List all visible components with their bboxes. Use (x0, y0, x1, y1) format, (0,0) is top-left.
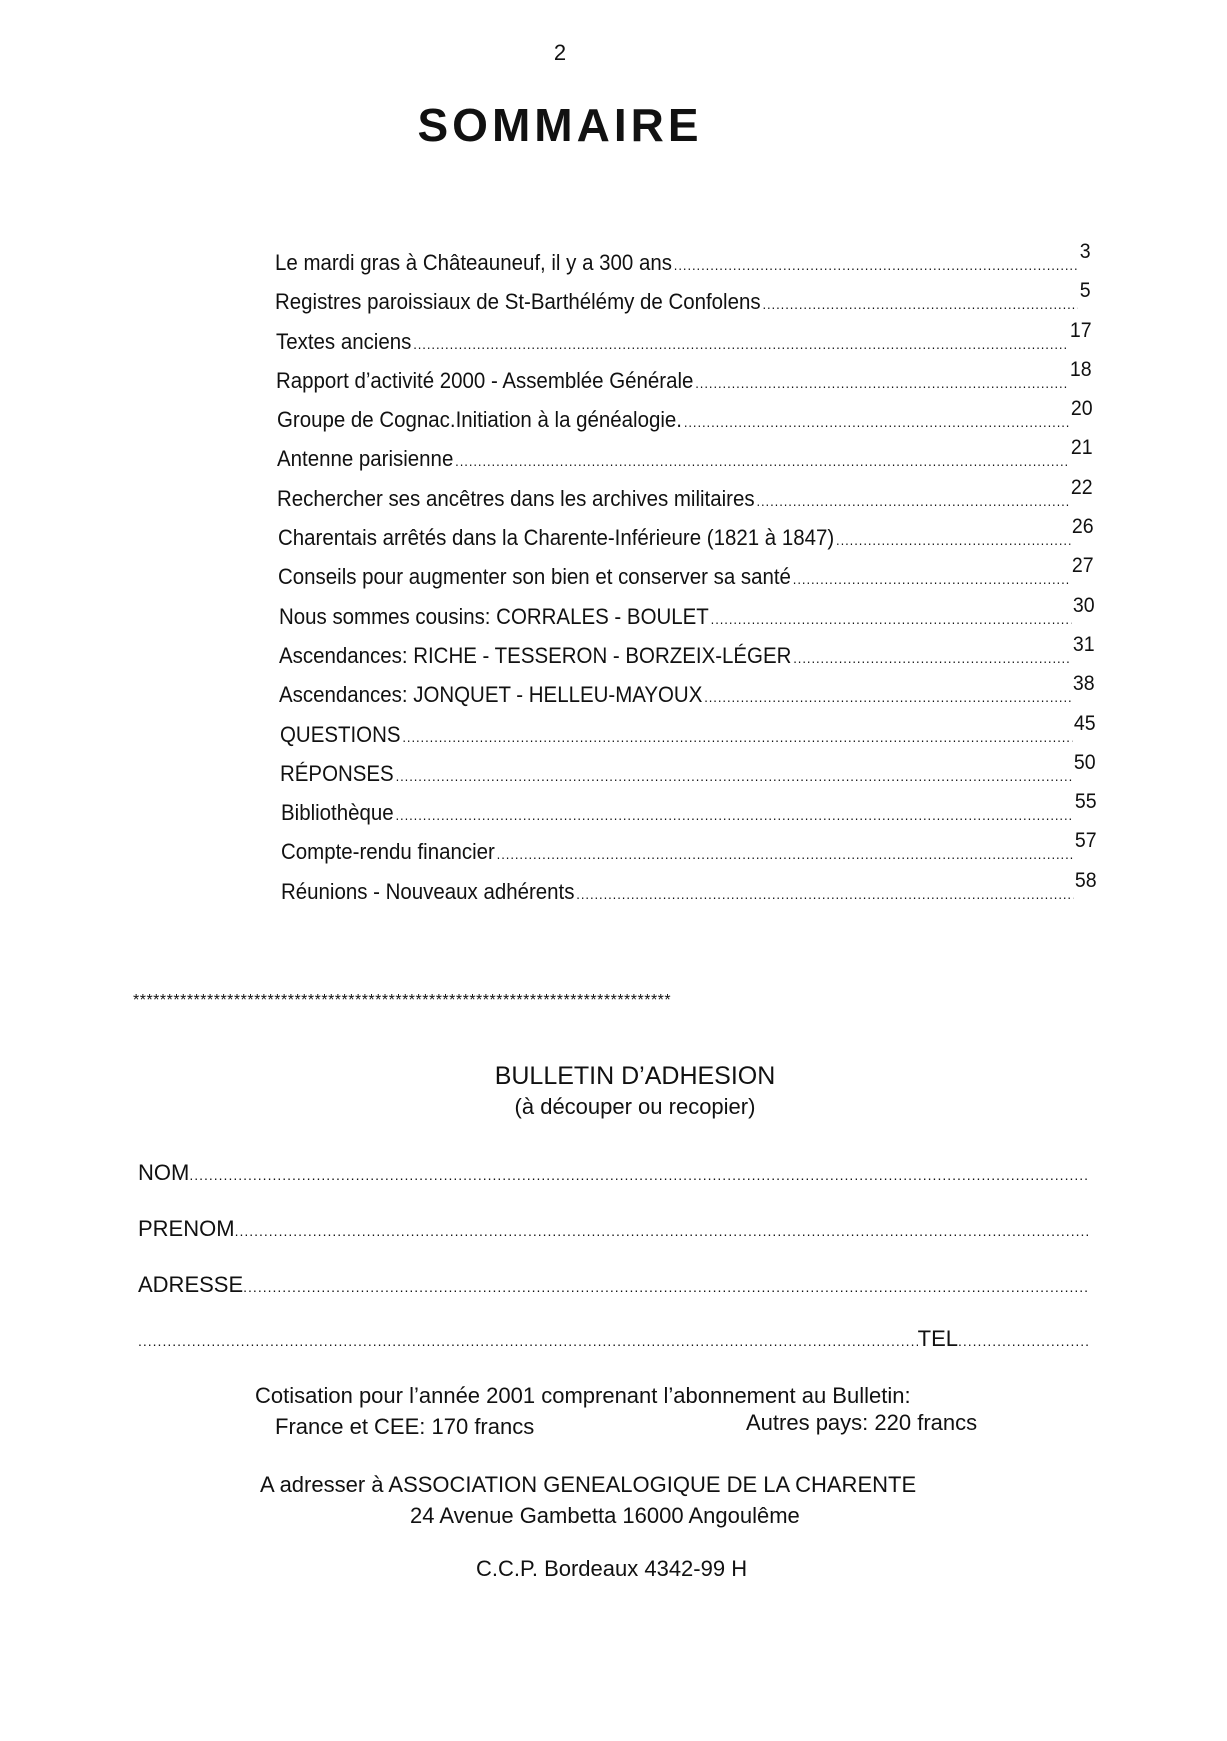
bulletin-title: BULLETIN D’ADHESION (0, 1062, 1227, 1091)
toc-entry-page: 3 (1080, 240, 1091, 264)
nom-label: NOM (138, 1160, 189, 1186)
page-number: 2 (0, 40, 1120, 66)
toc-leader-dots (710, 611, 1070, 627)
toc-entry-title: Registres paroissiaux de St-Barthélémy d… (275, 289, 761, 315)
cotisation-text: Cotisation pour l’année 2001 comprenant … (255, 1383, 911, 1409)
toc-leader-dots (757, 493, 1070, 509)
toc-leader-dots (793, 571, 1070, 587)
price-other-countries: Autres pays: 220 francs (746, 1410, 977, 1436)
toc-entry: Ascendances: JONQUET - HELLEU-MAYOUX38 (279, 682, 1095, 721)
toc-leader-dots (396, 768, 1072, 784)
tel-field[interactable]: TEL (138, 1326, 1088, 1352)
toc-leader-dots (683, 414, 1068, 430)
tel-label: TEL (918, 1326, 958, 1352)
toc-leader-dots (836, 532, 1070, 548)
toc-leader-dots (793, 650, 1071, 666)
toc-entry-page: 31 (1073, 633, 1095, 657)
toc-leader-dots (402, 729, 1072, 745)
toc-entry-title: Rapport d’activité 2000 - Assemblée Géné… (276, 368, 693, 394)
toc-entry: Nous sommes cousins: CORRALES - BOULET30 (279, 604, 1095, 643)
toc-entry-page: 30 (1072, 594, 1094, 618)
toc-entry: Compte-rendu financier57 (281, 839, 1097, 878)
price-france: France et CEE: 170 francs (275, 1414, 534, 1440)
toc-entry: Charentais arrêtés dans la Charente-Infé… (278, 525, 1094, 564)
toc-entry-page: 57 (1075, 829, 1097, 853)
street-address: 24 Avenue Gambetta 16000 Angoulême (410, 1503, 800, 1529)
toc-entry-page: 38 (1073, 672, 1095, 696)
toc-entry: Bibliothèque55 (281, 800, 1097, 839)
toc-entry-title: Le mardi gras à Châteauneuf, il y a 300 … (275, 250, 672, 276)
toc-entry-page: 20 (1070, 397, 1092, 421)
toc-entry-title: Conseils pour augmenter son bien et cons… (278, 564, 791, 590)
toc-entry: QUESTIONS45 (280, 722, 1096, 761)
toc-entry-title: Textes anciens (276, 329, 411, 355)
prenom-label: PRENOM (138, 1216, 235, 1242)
toc-entry: RÉPONSES50 (280, 761, 1096, 800)
toc-entry-title: Rechercher ses ancêtres dans les archive… (277, 486, 755, 512)
toc-entry-page: 27 (1072, 554, 1094, 578)
toc-leader-dots (497, 846, 1073, 862)
toc-entry: Rapport d’activité 2000 - Assemblée Géné… (276, 368, 1092, 407)
toc-entry: Rechercher ses ancêtres dans les archive… (277, 486, 1093, 525)
toc-entry-title: Compte-rendu financier (281, 839, 495, 865)
toc-entry-title: RÉPONSES (280, 761, 394, 787)
adresse-field[interactable]: ADRESSE (138, 1272, 1088, 1298)
toc-entry-title: Ascendances: RICHE - TESSERON - BORZEIX-… (279, 643, 791, 669)
adresse-label: ADRESSE (138, 1272, 243, 1298)
toc-entry-page: 5 (1080, 279, 1091, 303)
separator-stars: ****************************************… (133, 992, 1073, 1010)
toc-entry-page: 18 (1070, 358, 1092, 382)
toc-entry-page: 45 (1074, 712, 1096, 736)
adresse-continuation-line[interactable] (138, 1333, 918, 1349)
toc-entry-page: 55 (1074, 790, 1096, 814)
page-title: SOMMAIRE (0, 98, 1120, 152)
toc-entry: Ascendances: RICHE - TESSERON - BORZEIX-… (279, 643, 1095, 682)
toc-leader-dots (705, 689, 1072, 705)
toc-leader-dots (455, 453, 1069, 469)
toc-entry-title: Nous sommes cousins: CORRALES - BOULET (279, 604, 709, 630)
send-to-text: A adresser à ASSOCIATION GENEALOGIQUE DE… (260, 1472, 916, 1498)
toc-entry-page: 58 (1075, 869, 1097, 893)
prenom-fill-line[interactable] (235, 1223, 1088, 1239)
toc-leader-dots (763, 296, 1078, 312)
toc-entry-title: Charentais arrêtés dans la Charente-Infé… (278, 525, 834, 551)
toc-leader-dots (674, 257, 1078, 273)
toc-entry-title: Réunions - Nouveaux adhérents (281, 879, 574, 905)
bulletin-subtitle: (à découper ou recopier) (0, 1094, 1227, 1120)
toc-entry-page: 21 (1071, 436, 1093, 460)
prenom-field[interactable]: PRENOM (138, 1216, 1088, 1242)
toc-entry-title: Bibliothèque (281, 800, 394, 826)
toc-entry: Groupe de Cognac.Initiation à la généalo… (277, 407, 1093, 446)
toc-entry: Le mardi gras à Châteauneuf, il y a 300 … (275, 250, 1091, 289)
ccp-account: C.C.P. Bordeaux 4342-99 H (476, 1556, 747, 1582)
nom-field[interactable]: NOM (138, 1160, 1088, 1186)
toc-entry: Conseils pour augmenter son bien et cons… (278, 564, 1094, 603)
toc-leader-dots (413, 336, 1068, 352)
adresse-fill-line[interactable] (243, 1279, 1088, 1295)
toc-leader-dots (695, 375, 1068, 391)
table-of-contents: Le mardi gras à Châteauneuf, il y a 300 … (275, 250, 1087, 918)
tel-fill-line[interactable] (958, 1333, 1088, 1349)
toc-entry: Registres paroissiaux de St-Barthélémy d… (275, 289, 1091, 328)
toc-entry: Textes anciens17 (276, 329, 1092, 368)
toc-leader-dots (395, 807, 1072, 823)
toc-entry: Antenne parisienne21 (277, 446, 1093, 485)
toc-entry-title: Groupe de Cognac.Initiation à la généalo… (277, 407, 682, 433)
nom-fill-line[interactable] (189, 1167, 1088, 1183)
toc-entry: Réunions - Nouveaux adhérents58 (281, 879, 1097, 918)
toc-entry-page: 26 (1072, 515, 1094, 539)
toc-entry-page: 22 (1071, 476, 1093, 500)
toc-entry-title: QUESTIONS (280, 722, 401, 748)
toc-entry-title: Antenne parisienne (277, 446, 453, 472)
toc-leader-dots (577, 886, 1074, 902)
toc-entry-page: 50 (1074, 751, 1096, 775)
toc-entry-page: 17 (1070, 319, 1092, 343)
toc-entry-title: Ascendances: JONQUET - HELLEU-MAYOUX (279, 682, 702, 708)
